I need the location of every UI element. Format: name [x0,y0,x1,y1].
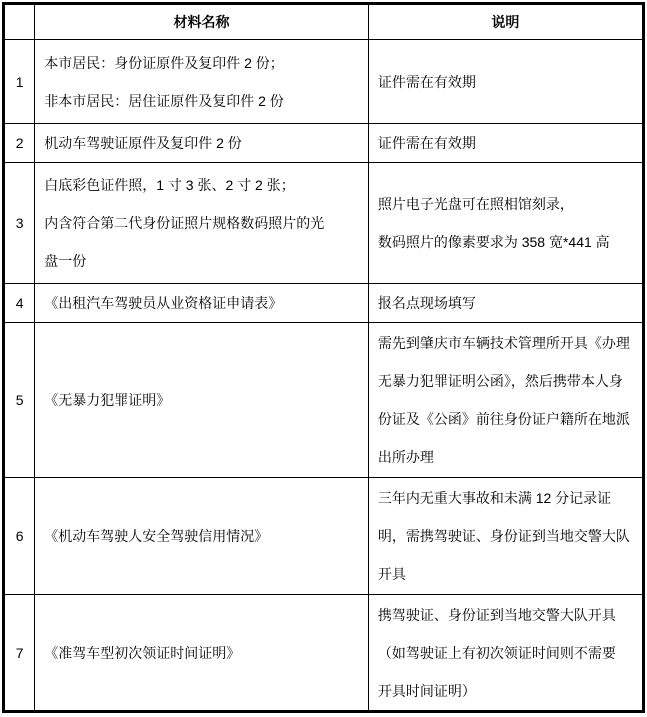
text-line: 开具时间证明） [378,672,633,710]
text-line: 开具 [378,555,633,593]
description-cell: 需先到肇庆市车辆技术管理所开具《办理 无暴力犯罪证明公函》，然后携带本人身 份证… [368,323,643,478]
text-line: 盘一份 [44,242,359,280]
text-line: 《准驾车型初次领证时间证明》 [44,634,359,672]
row-number: 5 [4,323,35,478]
document-page: 材料名称 说明 1 本市居民：身份证原件及复印件 2 份； 非本市居民：居住证原… [0,0,647,717]
text-line: 《机动车驾驶人安全驾驶信用情况》 [44,517,359,555]
text-line: 数码照片的像素要求为 358 宽*441 高 [378,223,633,261]
text-line: 携驾驶证、身份证到当地交警大队开具 [378,596,633,634]
row-number: 3 [4,163,35,284]
description-cell: 证件需在有效期 [368,124,643,163]
text-line: 份证及《公函》前往身份证户籍所在地派 [378,400,633,438]
table-row: 2 机动车驾驶证原件及复印件 2 份 证件需在有效期 [4,124,644,163]
description-cell: 携驾驶证、身份证到当地交警大队开具 （如驾驶证上有初次领证时间则不需要 开具时间… [368,595,643,712]
row-number: 2 [4,124,35,163]
description-cell: 报名点现场填写 [368,284,643,323]
text-line: 内含符合第二代身份证照片规格数码照片的光 [44,204,359,242]
table-row: 1 本市居民：身份证原件及复印件 2 份； 非本市居民：居住证原件及复印件 2 … [4,40,644,124]
description-cell: 三年内无重大事故和未满 12 分记录证 明，需携驾驶证、身份证到当地交警大队 开… [368,478,643,595]
text-line: 需先到肇庆市车辆技术管理所开具《办理 [378,324,633,362]
text-line: 本市居民：身份证原件及复印件 2 份； [44,44,359,82]
text-line: 出所办理 [378,438,633,476]
text-line: 报名点现场填写 [378,284,633,322]
description-cell: 照片电子光盘可在照相馆刻录， 数码照片的像素要求为 358 宽*441 高 [368,163,643,284]
header-description: 说明 [368,4,643,40]
table-row: 5 《无暴力犯罪证明》 需先到肇庆市车辆技术管理所开具《办理 无暴力犯罪证明公函… [4,323,644,478]
text-line: 无暴力犯罪证明公函》，然后携带本人身 [378,362,633,400]
material-name-cell: 本市居民：身份证原件及复印件 2 份； 非本市居民：居住证原件及复印件 2 份 [35,40,369,124]
text-line: 三年内无重大事故和未满 12 分记录证 [378,479,633,517]
text-line: 《出租汽车驾驶员从业资格证申请表》 [44,284,359,322]
text-line: 机动车驾驶证原件及复印件 2 份 [44,124,359,162]
text-line: （如驾驶证上有初次领证时间则不需要 [378,634,633,672]
row-number: 6 [4,478,35,595]
text-line: 非本市居民：居住证原件及复印件 2 份 [44,82,359,120]
table-row: 3 白底彩色证件照，1 寸 3 张、2 寸 2 张； 内含符合第二代身份证照片规… [4,163,644,284]
header-number-cell [4,4,35,40]
text-line: 证件需在有效期 [378,63,633,101]
text-line: 明，需携驾驶证、身份证到当地交警大队 [378,517,633,555]
row-number: 4 [4,284,35,323]
row-number: 1 [4,40,35,124]
material-name-cell: 白底彩色证件照，1 寸 3 张、2 寸 2 张； 内含符合第二代身份证照片规格数… [35,163,369,284]
material-name-cell: 《机动车驾驶人安全驾驶信用情况》 [35,478,369,595]
text-line: 《无暴力犯罪证明》 [44,381,359,419]
description-cell: 证件需在有效期 [368,40,643,124]
material-name-cell: 机动车驾驶证原件及复印件 2 份 [35,124,369,163]
material-name-cell: 《无暴力犯罪证明》 [35,323,369,478]
row-number: 7 [4,595,35,712]
table-header-row: 材料名称 说明 [4,4,644,40]
table-row: 6 《机动车驾驶人安全驾驶信用情况》 三年内无重大事故和未满 12 分记录证 明… [4,478,644,595]
header-material-name: 材料名称 [35,4,369,40]
table-row: 7 《准驾车型初次领证时间证明》 携驾驶证、身份证到当地交警大队开具 （如驾驶证… [4,595,644,712]
table-row: 4 《出租汽车驾驶员从业资格证申请表》 报名点现场填写 [4,284,644,323]
text-line: 证件需在有效期 [378,124,633,162]
materials-table: 材料名称 说明 1 本市居民：身份证原件及复印件 2 份； 非本市居民：居住证原… [2,2,645,713]
material-name-cell: 《准驾车型初次领证时间证明》 [35,595,369,712]
material-name-cell: 《出租汽车驾驶员从业资格证申请表》 [35,284,369,323]
text-line: 照片电子光盘可在照相馆刻录， [378,185,633,223]
text-line: 白底彩色证件照，1 寸 3 张、2 寸 2 张； [44,166,359,204]
